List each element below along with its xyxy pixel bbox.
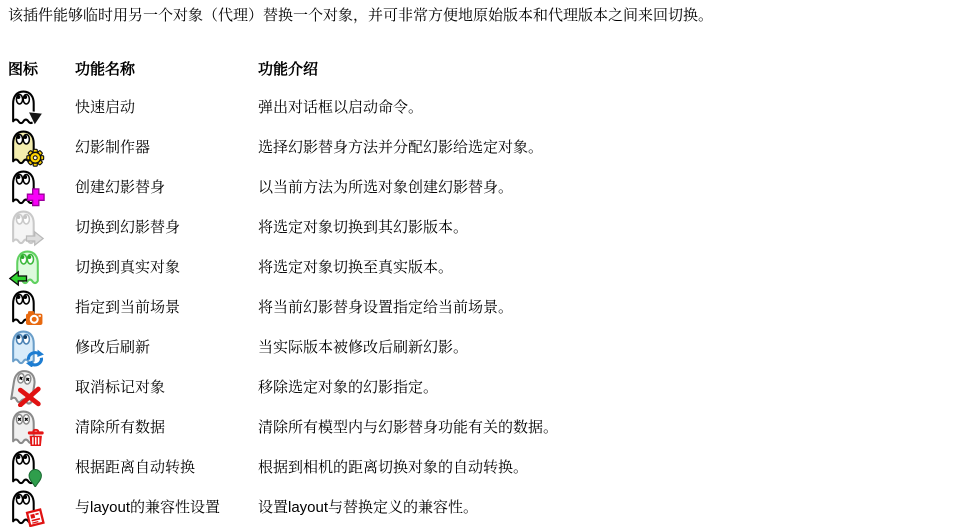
unmark-object-icon — [8, 369, 45, 407]
ghost-create-proxy-icon — [8, 169, 45, 207]
feature-table: 图标 功能名称 功能介绍 快速启动 弹出对话框以启动命令。 — [8, 60, 972, 528]
purge-all-data-icon — [8, 409, 45, 447]
switch-to-ghost-icon — [8, 209, 45, 247]
header-icon: 图标 — [8, 60, 75, 80]
icon-cell — [8, 489, 75, 527]
header-desc: 功能介绍 — [258, 60, 972, 80]
assign-to-scene-icon — [8, 289, 45, 327]
table-row: 创建幻影替身 以当前方法为所选对象创建幻影替身。 — [8, 168, 972, 208]
refresh-after-edit-icon — [8, 329, 45, 367]
feature-name: 清除所有数据 — [75, 418, 258, 438]
feature-desc: 移除选定对象的幻影指定。 — [258, 378, 972, 398]
icon-cell — [8, 129, 75, 167]
table-row: 幻影制作器 选择幻影替身方法并分配幻影给选定对象。 — [8, 128, 972, 168]
table-row: 根据距离自动转换 根据到相机的距离切换对象的自动转换。 — [8, 448, 972, 488]
feature-desc: 清除所有模型内与幻影替身功能有关的数据。 — [258, 418, 972, 438]
feature-name: 切换到幻影替身 — [75, 218, 258, 238]
table-row: 指定到当前场景 将当前幻影替身设置指定给当前场景。 — [8, 288, 972, 328]
intro-text: 该插件能够临时用另一个对象（代理）替换一个对象，并可非常方便地原始版本和代理版本… — [8, 6, 968, 26]
switch-to-real-icon — [8, 249, 45, 287]
feature-name: 与layout的兼容性设置 — [75, 498, 258, 518]
ghost-maker-icon — [8, 129, 45, 167]
icon-cell — [8, 289, 75, 327]
layout-compatibility-icon — [8, 489, 45, 527]
table-header-row: 图标 功能名称 功能介绍 — [8, 60, 972, 88]
feature-name: 创建幻影替身 — [75, 178, 258, 198]
ghost-quick-launch-icon — [8, 89, 45, 127]
feature-desc: 根据到相机的距离切换对象的自动转换。 — [258, 458, 972, 478]
icon-cell — [8, 409, 75, 447]
feature-name: 修改后刷新 — [75, 338, 258, 358]
feature-name: 快速启动 — [75, 98, 258, 118]
feature-desc: 以当前方法为所选对象创建幻影替身。 — [258, 178, 972, 198]
icon-cell — [8, 89, 75, 127]
table-row: 取消标记对象 移除选定对象的幻影指定。 — [8, 368, 972, 408]
layout-page-badge — [27, 510, 43, 526]
feature-desc: 设置layout与替换定义的兼容性。 — [258, 498, 972, 518]
feature-desc: 弹出对话框以启动命令。 — [258, 98, 972, 118]
feature-name: 取消标记对象 — [75, 378, 258, 398]
icon-cell — [8, 249, 75, 287]
table-row: 修改后刷新 当实际版本被修改后刷新幻影。 — [8, 328, 972, 368]
feature-name: 幻影制作器 — [75, 138, 258, 158]
map-pin-badge — [29, 470, 41, 487]
icon-cell — [8, 369, 75, 407]
icon-cell — [8, 449, 75, 487]
feature-name: 指定到当前场景 — [75, 298, 258, 318]
feature-desc: 将选定对象切换至真实版本。 — [258, 258, 972, 278]
feature-desc: 选择幻影替身方法并分配幻影给选定对象。 — [258, 138, 972, 158]
feature-desc: 将选定对象切换到其幻影版本。 — [258, 218, 972, 238]
table-row: 切换到幻影替身 将选定对象切换到其幻影版本。 — [8, 208, 972, 248]
feature-name: 根据距离自动转换 — [75, 458, 258, 478]
feature-desc: 将当前幻影替身设置指定给当前场景。 — [258, 298, 972, 318]
header-name: 功能名称 — [75, 60, 258, 80]
table-row: 切换到真实对象 将选定对象切换至真实版本。 — [8, 248, 972, 288]
auto-switch-distance-icon — [8, 449, 45, 487]
icon-cell — [8, 169, 75, 207]
icon-cell — [8, 209, 75, 247]
feature-desc: 当实际版本被修改后刷新幻影。 — [258, 338, 972, 358]
table-row: 快速启动 弹出对话框以启动命令。 — [8, 88, 972, 128]
feature-name: 切换到真实对象 — [75, 258, 258, 278]
page: { "page": { "intro": "该插件能够临时用另一个对象（代理）替… — [0, 0, 980, 532]
table-row: 与layout的兼容性设置 设置layout与替换定义的兼容性。 — [8, 488, 972, 528]
icon-cell — [8, 329, 75, 367]
table-row: 清除所有数据 清除所有模型内与幻影替身功能有关的数据。 — [8, 408, 972, 448]
